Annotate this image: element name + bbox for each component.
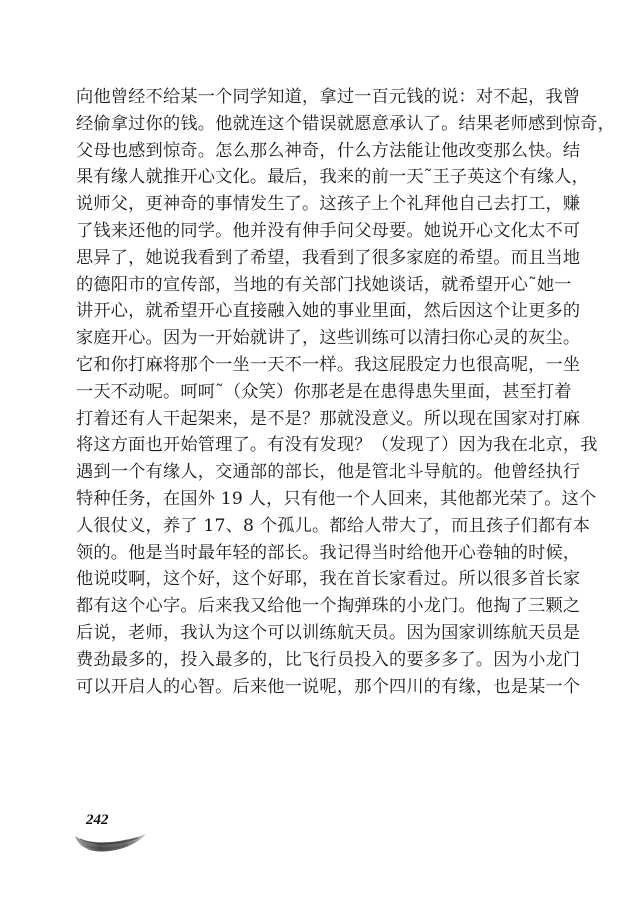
text-line: 说师父，更神奇的事情发生了。这孩子上个礼拜他自己去打工，赚 <box>76 191 532 218</box>
text-line: 打着还有人干起架来，是不是？那就没意义。所以现在国家对打麻 <box>76 406 532 433</box>
text-line: 将这方面也开始管理了。有没有发现？（发现了）因为我在北京，我 <box>76 432 532 459</box>
text-line: 经偷拿过你的钱。他就连这个错误就愿意承认了。结果老师感到惊奇， <box>76 111 532 138</box>
text-line: 人很仗义，养了 17、8 个孤儿。都给人带大了，而且孩子们都有本 <box>76 513 532 540</box>
text-line: 果有缘人就推开心文化。最后，我来的前一天˜王子英这个有缘人， <box>76 164 532 191</box>
text-line: 后说，老师，我认为这个可以训练航天员。因为国家训练航天员是 <box>76 620 532 647</box>
body-text: 向他曾经不给某一个同学知道，拿过一百元钱的说：对不起，我曾 经偷拿过你的钱。他就… <box>76 84 536 700</box>
text-line: 一天不动呢。呵呵˜（众笑）你那老是在患得患失里面，甚至打着 <box>76 379 532 406</box>
text-line: 费劲最多的，投入最多的，比飞行员投入的要多多了。因为小龙门 <box>76 647 532 674</box>
text-line: 讲开心，就希望开心直接融入她的事业里面，然后因这个让更多的 <box>76 298 532 325</box>
text-line: 了钱来还他的同学。他并没有伸手问父母要。她说开心文化太不可 <box>76 218 532 245</box>
text-line: 都有这个心字。后来我又给他一个掏弹珠的小龙门。他掏了三颗之 <box>76 593 532 620</box>
ink-brush-stroke-icon <box>72 830 150 856</box>
book-page: 向他曾经不给某一个同学知道，拿过一百元钱的说：对不起，我曾 经偷拿过你的钱。他就… <box>0 0 643 907</box>
text-line: 的德阳市的宣传部，当地的有关部门找她谈话，就希望开心˜她一 <box>76 272 532 299</box>
text-line: 父母也感到惊奇。怎么那么神奇，什么方法能让他改变那么快。结 <box>76 138 532 165</box>
text-line: 领的。他是当时最年轻的部长。我记得当时给他开心卷轴的时候， <box>76 540 532 567</box>
page-footer: 242 <box>72 812 152 862</box>
text-line: 家庭开心。因为一开始就讲了，这些训练可以清扫你心灵的灰尘。 <box>76 325 532 352</box>
text-line: 可以开启人的心智。后来他一说呢，那个四川的有缘，也是某一个 <box>76 674 532 701</box>
text-line: 他说哎啊，这个好，这个好耶，我在首长家看过。所以很多首长家 <box>76 566 532 593</box>
page-number: 242 <box>86 812 109 829</box>
text-line: 特种任务，在国外 19 人，只有他一个人回来，其他都光荣了。这个 <box>76 486 532 513</box>
text-line: 向他曾经不给某一个同学知道，拿过一百元钱的说：对不起，我曾 <box>76 84 532 111</box>
text-line: 思异了，她说我看到了希望，我看到了很多家庭的希望。而且当地 <box>76 245 532 272</box>
text-line: 它和你打麻将那个一坐一天不一样。我这屁股定力也很高呢，一坐 <box>76 352 532 379</box>
text-line: 遇到一个有缘人，交通部的部长，他是管北斗导航的。他曾经执行 <box>76 459 532 486</box>
